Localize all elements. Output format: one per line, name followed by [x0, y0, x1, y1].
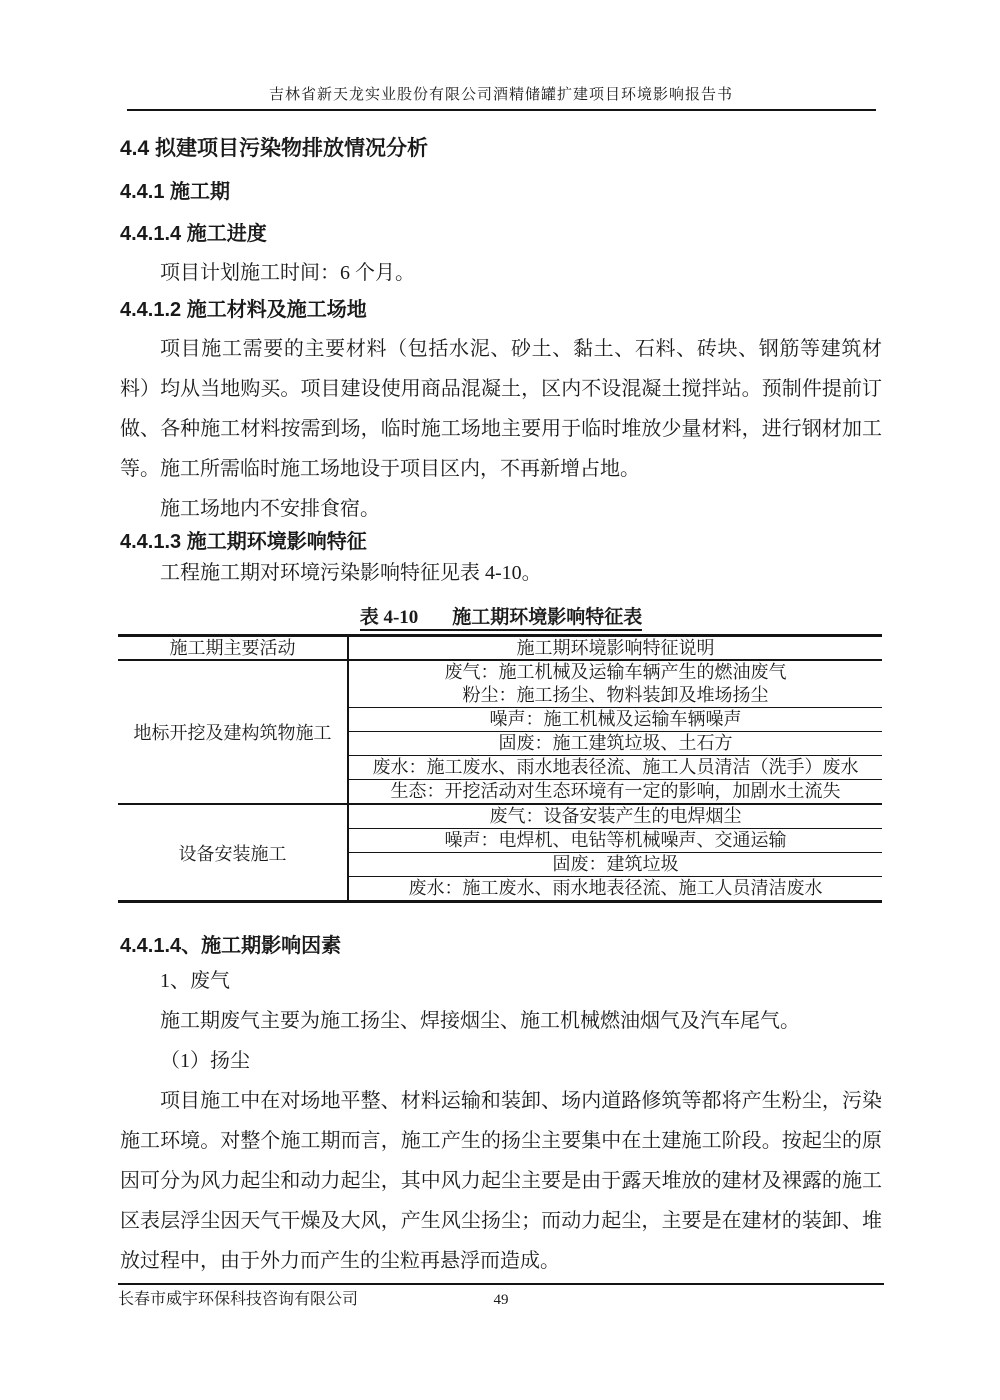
impact-cell-wastewater: 废水：施工废水、雨水地表径流、施工人员清洁（洗手）废水 — [348, 756, 882, 780]
impact-cell-noise: 噪声：施工机械及运输车辆噪声 — [348, 708, 882, 732]
paragraph-materials: 项目施工需要的主要材料（包括水泥、砂土、黏土、石料、砖块、钢筋等建筑材料）均从当… — [120, 329, 882, 489]
impact-cell-construction-waste: 固废：建筑垃圾 — [348, 853, 882, 877]
impact-cell-ecology: 生态：开挖活动对生态环境有一定的影响，加剧水土流失 — [348, 780, 882, 805]
table-row: 设备安装施工 废气：设备安装产生的电焊烟尘 — [118, 804, 882, 829]
heading-4-4-1: 4.4.1 施工期 — [120, 181, 882, 203]
paragraph-no-boarding: 施工场地内不安排食宿。 — [120, 489, 882, 529]
paragraph-item-waste-gas: 1、废气 — [120, 961, 882, 1001]
impact-line-dust: 粉尘：施工扬尘、物料装卸及堆场扬尘 — [351, 684, 880, 707]
table-caption: 表 4-10施工期环境影响特征表 — [120, 607, 882, 629]
heading-4-4-1-3: 4.4.1.3 施工期环境影响特征 — [120, 531, 882, 553]
column-header-description: 施工期环境影响特征说明 — [348, 636, 882, 661]
construction-impact-table: 施工期主要活动 施工期环境影响特征说明 地标开挖及建构筑物施工 废气：施工机械及… — [118, 634, 882, 903]
column-header-activity: 施工期主要活动 — [118, 636, 348, 661]
impact-line-gas: 废气：施工机械及运输车辆产生的燃油废气 — [351, 661, 880, 684]
running-header: 吉林省新天龙实业股份有限公司酒精储罐扩建项目环境影响报告书 — [120, 0, 882, 111]
impact-cell-solid-waste: 固废：施工建筑垃圾、土石方 — [348, 732, 882, 756]
paragraph-gas-summary: 施工期废气主要为施工扬尘、焊接烟尘、施工机械燃油烟气及汽车尾气。 — [120, 1001, 882, 1041]
paragraph-item-dust: （1）扬尘 — [120, 1041, 882, 1081]
activity-cell-excavation: 地标开挖及建构筑物施工 — [118, 660, 348, 804]
heading-4-4-1-4-factors: 4.4.1.4、施工期影响因素 — [120, 935, 882, 957]
paragraph-table-reference: 工程施工期对环境污染影响特征见表 4-10。 — [120, 553, 882, 593]
impact-cell-welding-gas: 废气：设备安装产生的电焊烟尘 — [348, 804, 882, 829]
document-page: 吉林省新天龙实业股份有限公司酒精储罐扩建项目环境影响报告书 4.4 拟建项目污染… — [0, 0, 1000, 1400]
header-rule — [127, 109, 876, 111]
impact-cell-machine-noise: 噪声：电焊机、电钻等机械噪声、交通运输 — [348, 829, 882, 853]
page-footer: 长春市威宇环保科技咨询有限公司 49 — [118, 1283, 884, 1309]
table-caption-title: 施工期环境影响特征表 — [452, 607, 642, 628]
activity-cell-equipment: 设备安装施工 — [118, 804, 348, 902]
table-row: 地标开挖及建构筑物施工 废气：施工机械及运输车辆产生的燃油废气 粉尘：施工扬尘、… — [118, 660, 882, 708]
heading-4-4-1-4-progress: 4.4.1.4 施工进度 — [120, 223, 882, 245]
table-header-row: 施工期主要活动 施工期环境影响特征说明 — [118, 636, 882, 661]
footer-page-number: 49 — [118, 1291, 884, 1309]
running-header-title: 吉林省新天龙实业股份有限公司酒精储罐扩建项目环境影响报告书 — [120, 86, 882, 104]
heading-4-4: 4.4 拟建项目污染物排放情况分析 — [120, 137, 882, 160]
impact-cell-cleaning-wastewater: 废水：施工废水、雨水地表径流、施工人员清洁废水 — [348, 877, 882, 902]
impact-cell: 废气：施工机械及运输车辆产生的燃油废气 粉尘：施工扬尘、物料装卸及堆场扬尘 — [348, 660, 882, 708]
paragraph-dust-detail: 项目施工中在对场地平整、材料运输和装卸、场内道路修筑等都将产生粉尘，污染施工环境… — [120, 1081, 882, 1281]
paragraph-schedule: 项目计划施工时间：6 个月。 — [120, 253, 882, 293]
table-caption-label: 表 4-10 — [360, 607, 419, 628]
heading-4-4-1-2: 4.4.1.2 施工材料及施工场地 — [120, 299, 882, 321]
